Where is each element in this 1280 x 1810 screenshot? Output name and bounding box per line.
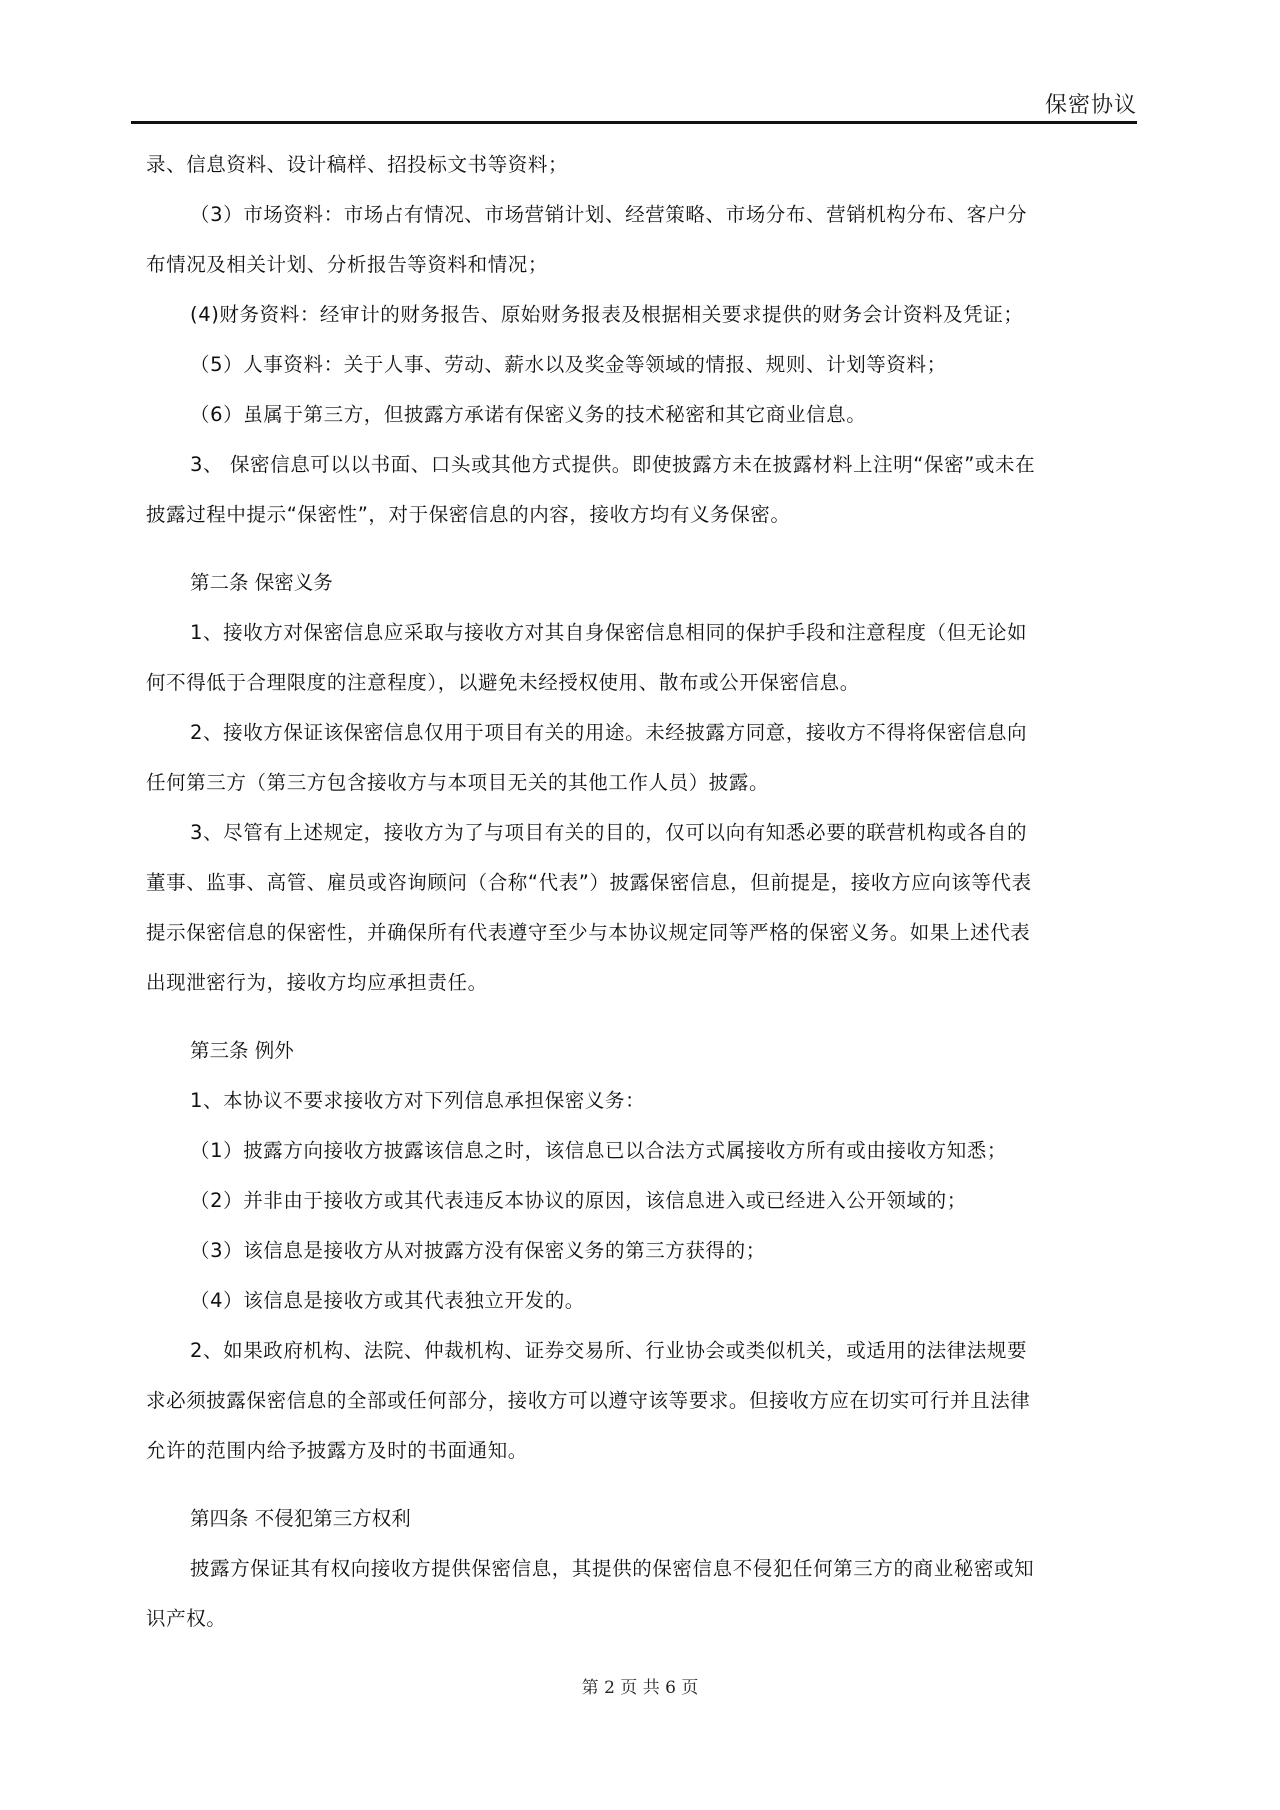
paragraph-line: 1、本协议不要求接收方对下列信息承担保密义务： xyxy=(146,1076,1141,1126)
page-number: 第 2 页 共 6 页 xyxy=(0,1673,1280,1698)
paragraph-line: 3、 保密信息可以以书面、口头或其他方式提供。即使披露方未在披露材料上注明“保密… xyxy=(146,440,1141,490)
paragraph-line: 披露方保证其有权向接收方提供保密信息，其提供的保密信息不侵犯任何第三方的商业秘密… xyxy=(146,1544,1141,1594)
paragraph-line: 布情况及相关计划、分析报告等资料和情况； xyxy=(146,240,1141,290)
paragraph-line: 董事、监事、高管、雇员或咨询顾问（合称“代表”）披露保密信息，但前提是，接收方应… xyxy=(146,858,1141,908)
paragraph-line: （5）人事资料：关于人事、劳动、薪水以及奖金等领域的情报、规则、计划等资料； xyxy=(146,340,1141,390)
header-title: 保密协议 xyxy=(1045,88,1137,119)
paragraph-line: 提示保密信息的保密性，并确保所有代表遵守至少与本协议规定同等严格的保密义务。如果… xyxy=(146,908,1141,958)
section-gap xyxy=(146,1008,1141,1026)
paragraph-line: （3）该信息是接收方从对披露方没有保密义务的第三方获得的； xyxy=(146,1226,1141,1276)
header-rule xyxy=(131,121,1137,124)
paragraph-line: 2、接收方保证该保密信息仅用于项目有关的用途。未经披露方同意，接收方不得将保密信… xyxy=(146,708,1141,758)
paragraph-line: 披露过程中提示“保密性”，对于保密信息的内容，接收方均有义务保密。 xyxy=(146,490,1141,540)
paragraph-line: 识产权。 xyxy=(146,1594,1141,1644)
paragraph-line: （2）并非由于接收方或其代表违反本协议的原因，该信息进入或已经进入公开领域的； xyxy=(146,1176,1141,1226)
section-gap xyxy=(146,1476,1141,1494)
section-heading: 第四条 不侵犯第三方权利 xyxy=(146,1494,1141,1544)
paragraph-line: （1）披露方向接收方披露该信息之时，该信息已以合法方式属接收方所有或由接收方知悉… xyxy=(146,1126,1141,1176)
paragraph-line: （6）虽属于第三方，但披露方承诺有保密义务的技术秘密和其它商业信息。 xyxy=(146,390,1141,440)
paragraph-line: 2、如果政府机构、法院、仲裁机构、证券交易所、行业协会或类似机关，或适用的法律法… xyxy=(146,1326,1141,1376)
paragraph-line: 出现泄密行为，接收方均应承担责任。 xyxy=(146,958,1141,1008)
paragraph-line: 允许的范围内给予披露方及时的书面通知。 xyxy=(146,1426,1141,1476)
section-gap xyxy=(146,540,1141,558)
paragraph-line: 任何第三方（第三方包含接收方与本项目无关的其他工作人员）披露。 xyxy=(146,758,1141,808)
section-heading: 第二条 保密义务 xyxy=(146,558,1141,608)
paragraph-line: 求必须披露保密信息的全部或任何部分，接收方可以遵守该等要求。但接收方应在切实可行… xyxy=(146,1376,1141,1426)
paragraph-line: （4）该信息是接收方或其代表独立开发的。 xyxy=(146,1276,1141,1326)
paragraph-line: 录、信息资料、设计稿样、招投标文书等资料； xyxy=(146,140,1141,190)
paragraph-line: 1、接收方对保密信息应采取与接收方对其自身保密信息相同的保护手段和注意程度（但无… xyxy=(146,608,1141,658)
paragraph-line: （3）市场资料：市场占有情况、市场营销计划、经营策略、市场分布、营销机构分布、客… xyxy=(146,190,1141,240)
paragraph-line: (4)财务资料：经审计的财务报告、原始财务报表及根据相关要求提供的财务会计资料及… xyxy=(146,290,1141,340)
paragraph-line: 何不得低于合理限度的注意程度），以避免未经授权使用、散布或公开保密信息。 xyxy=(146,658,1141,708)
section-heading: 第三条 例外 xyxy=(146,1026,1141,1076)
paragraph-line: 3、尽管有上述规定，接收方为了与项目有关的目的，仅可以向有知悉必要的联营机构或各… xyxy=(146,808,1141,858)
document-body: 录、信息资料、设计稿样、招投标文书等资料；（3）市场资料：市场占有情况、市场营销… xyxy=(146,140,1141,1644)
